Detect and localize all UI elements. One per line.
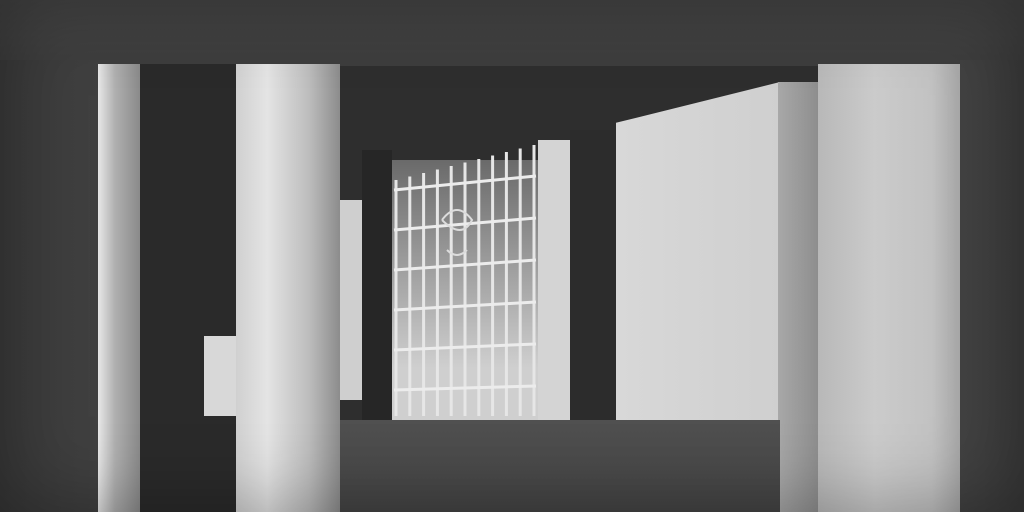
dark-pillar [362, 150, 392, 420]
lit-wall-section [538, 140, 574, 420]
right-wall [960, 60, 1024, 512]
right-column [818, 64, 960, 512]
round-column [236, 64, 340, 512]
stone-lintel [0, 0, 1024, 66]
background-lit-wall [340, 200, 362, 400]
floor-shadow [340, 420, 780, 512]
left-column [98, 64, 140, 512]
stone-block-side [778, 82, 818, 512]
middle-column [570, 130, 616, 426]
photograph [0, 0, 1024, 512]
left-wall [0, 60, 100, 512]
stone-ledge [204, 336, 240, 416]
iron-gate [392, 140, 538, 420]
shadow-gap [140, 64, 236, 512]
stone-block [616, 82, 780, 422]
